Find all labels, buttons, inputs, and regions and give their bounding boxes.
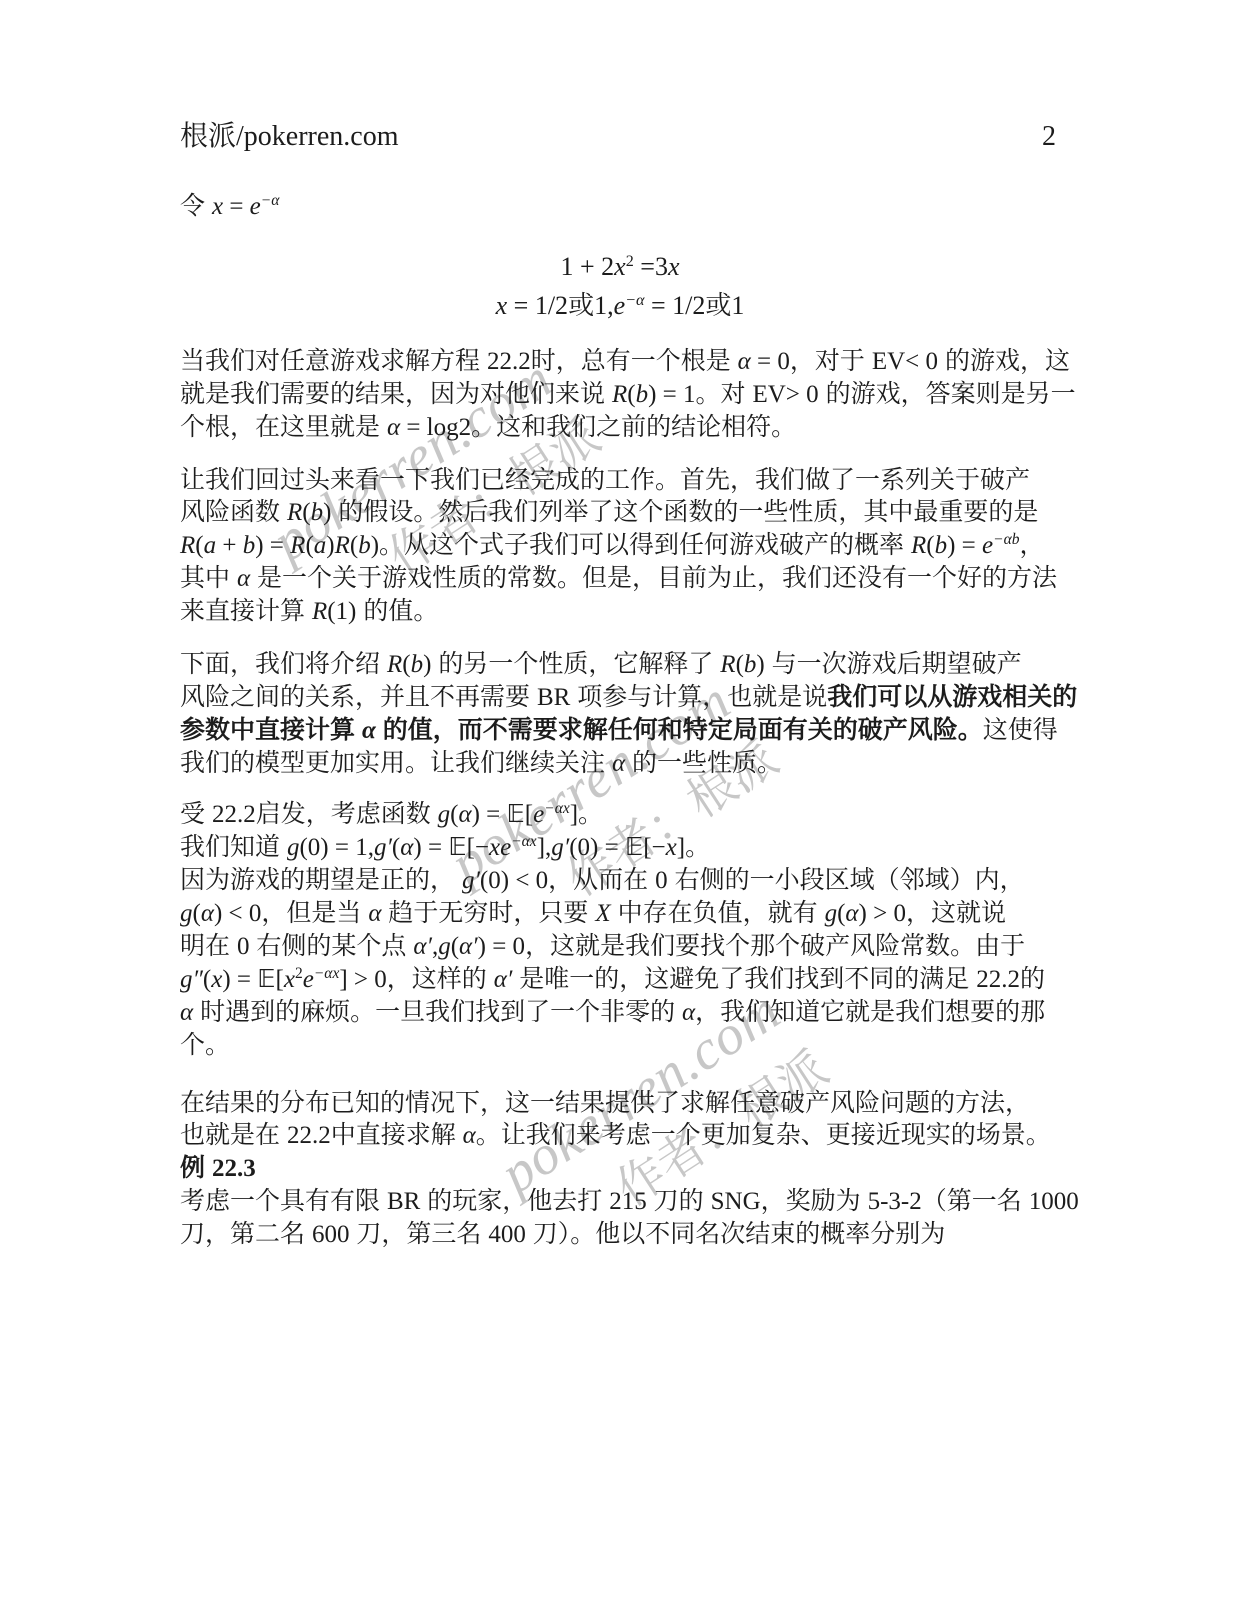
text-segment: b [744,651,757,678]
text-segment: 例 [180,1154,212,1182]
equation-block: 1 + 2x2 =3xx = 1/2或1,e−α = 1/2或1 [180,247,1060,325]
text-segment: g′ [374,834,392,861]
text-segment: α [738,348,751,375]
text-segment: 参数中直接计算 [180,716,362,744]
text-segment: BR [537,684,570,711]
text-segment: 。对 [696,380,753,408]
text-segment: 让我们回过头来看一下我们已经完成的工作。首先，我们做了一系列关于破产 [180,466,1030,494]
equation-line: x = 1/2或1,e−α = 1/2或1 [180,286,1060,325]
text-segment: α [458,801,471,828]
text-segment: −α [625,292,644,309]
text-segment: ，但是当 [261,899,368,927]
page-number: 2 [1042,121,1056,153]
text-segment: + [216,532,243,559]
text-segment: α′ [494,966,513,993]
text-line: 下面，我们将介绍 R(b) 的另一个性质，它解释了 R(b) 与一次游戏后期望破… [180,648,1060,681]
text-segment: ( [350,532,358,559]
text-segment: 明在 [180,932,237,960]
text-segment: ] [570,801,578,828]
text-segment: g [438,933,451,960]
text-segment: EV< 0 [872,348,938,375]
text-segment: ] [677,834,685,861]
text-segment: ( [193,900,201,927]
text-segment: e [303,966,314,993]
text-segment: [ [525,801,533,828]
text-segment: 。让我们来考虑一个更加复杂、更接近现实的场景。 [476,1121,1051,1149]
text-segment: 项参与计算，也就是说 [570,683,827,711]
text-segment: 因为游戏的期望是正的， [180,866,462,894]
text-segment: ( [305,532,313,559]
text-segment: ) = [413,834,448,861]
text-segment: α [201,900,214,927]
text-segment: e [250,193,261,220]
text-segment: x [668,252,680,281]
text-segment: x [666,834,677,861]
text-line: 其中 α 是一个关于游戏性质的常数。但是，目前为止，我们还没有一个好的方法 [180,562,1060,595]
text-segment: 的值。 [356,597,438,625]
text-segment: 1 [731,291,744,320]
text-segment: 右侧的一小段区域（邻域）内， [668,866,1025,894]
text-segment: 400 [488,1221,526,1248]
text-segment: 的游戏，这 [938,347,1070,375]
text-segment: =3 [634,252,668,281]
text-segment: (0) < 0 [480,867,548,894]
text-segment: ) = [947,532,982,559]
text-segment: −αx [314,965,339,982]
page-header: 根派/pokerren.com 2 [180,114,1056,154]
text-segment: 时，总有一个根是 [531,347,738,375]
text-segment: [ [276,966,284,993]
text-segment: e [533,801,544,828]
text-segment: ( [402,651,410,678]
paragraph: 受 22.2启发，考虑函数 g(α) = 𝔼[e−αx]。我们知道 g(0) =… [180,798,1060,1061]
text-segment: −α [261,192,280,209]
body-paragraphs: 当我们对任意游戏求解方程 22.2时，总有一个根是 α = 0，对于 EV< 0… [180,345,1060,1251]
text-segment: 个。 [180,1031,230,1059]
text-segment: 的游戏，答案则是另一 [819,380,1076,408]
text-line: 风险之间的关系，并且不再需要 BR 项参与计算，也就是说我们可以从游戏相关的 [180,681,1060,714]
text-segment: e [982,532,993,559]
text-segment: 0 [237,933,250,960]
text-line: 因为游戏的期望是正的， g′(0) < 0，从而在 0 右侧的一小段区域（邻域）… [180,864,1060,897]
text-segment: 个根，在这里就是 [180,413,387,441]
text-segment: ，从而在 [548,866,655,894]
double-struck-E: 𝔼 [257,964,275,993]
text-segment: R [335,532,350,559]
text-segment: (0) = [569,834,625,861]
text-segment: R [387,651,402,678]
double-struck-E: 𝔼 [448,832,466,861]
text-segment: 当我们对任意游戏求解方程 [180,347,487,375]
text-segment: b [411,651,424,678]
text-segment: x [211,966,222,993]
text-line: g(α) < 0，但是当 α 趋于无穷时，只要 X 中存在负值，就有 g(α) … [180,897,1060,930]
text-segment: 215 [609,1188,647,1215]
text-segment: ，这就说 [906,899,1006,927]
text-line: 当我们对任意游戏求解方程 22.2时，总有一个根是 α = 0，对于 EV< 0… [180,345,1060,378]
text-segment: = 0 [751,348,790,375]
text-segment: α [237,565,250,592]
text-segment: 的假设。然后我们列举了这个函数的一些性质，其中最重要的是 [331,498,1038,526]
text-line: 也就是在 22.2中直接求解 α。让我们来考虑一个更加复杂、更接近现实的场景。 [180,1119,1060,1152]
text-segment: 在结果的分布已知的情况下，这一结果提供了求解任意破产风险问题的方法， [180,1089,1030,1117]
text-segment: 趋于无穷时，只要 [381,899,595,927]
header-site-cjk: 根派 [180,120,236,151]
text-segment: 我们知道 [180,833,287,861]
text-segment: 的另一个性质，它解释了 [431,650,720,678]
text-segment: ，这就是我们要找个那个破产风险常数。由于 [525,932,1025,960]
text-segment: R [312,598,327,625]
text-line: 考虑一个具有有限 BR 的玩家，他去打 215 刀的 SNG，奖励为 5-3-2… [180,1185,1060,1218]
text-segment: ) < 0 [214,900,261,927]
text-segment: 0 [655,867,668,894]
text-segment: g [438,801,451,828]
text-segment: g′ [551,834,569,861]
text-line: 风险函数 R(b) 的假设。然后我们列举了这个函数的一些性质，其中最重要的是 [180,496,1060,529]
text-segment: 中存在负值，就有 [611,899,825,927]
text-segment: ( [195,532,203,559]
text-segment: 其中 [180,564,237,592]
text-segment: X [595,900,610,927]
text-segment: α [612,750,625,777]
text-segment: ) = [255,532,290,559]
text-line: 我们知道 g(0) = 1,g′(α) = 𝔼[−xe−αx],g′(0) = … [180,831,1060,864]
text-segment: x [614,252,626,281]
text-segment: −αb [993,531,1019,548]
text-line: α 时遇到的麻烦。一旦我们找到了一个非零的 α，我们知道它就是我们想要的那 [180,996,1060,1029]
text-segment: α′ [413,933,432,960]
text-line: 就是我们需要的结果，因为对他们来说 R(b) = 1。对 EV> 0 的游戏，答… [180,378,1060,411]
page-content: 令 x = e−α 1 + 2x2 =3xx = 1/2或1,e−α = 1/2… [180,190,1060,1251]
paragraph: 下面，我们将介绍 R(b) 的另一个性质，它解释了 R(b) 与一次游戏后期望破… [180,648,1060,780]
text-segment: 风险之间的关系，并且不再需要 [180,683,537,711]
header-site-latin: /pokerren.com [236,121,399,152]
text-line: 来直接计算 R(1) 的值。 [180,595,1060,628]
intro-line: 令 x = e−α [180,190,1060,223]
text-segment: ( [736,651,744,678]
document-page: pokerren.com作者：根派pokerren.com作者：根派pokerr… [0,0,1236,1600]
text-segment: 刀，第三名 [349,1220,488,1248]
text-segment: 刀，第二名 [180,1220,312,1248]
text-segment: −αx [511,833,536,850]
text-segment: 的一些性质。 [625,749,782,777]
text-segment: α [845,900,858,927]
text-segment: g [825,900,838,927]
text-segment: 22.2 [487,348,531,375]
text-line: R(a + b) = R(a)R(b)。从这个式子我们可以得到任何游戏破产的概率… [180,529,1060,562]
text-segment: 刀）。他以不同名次结束的概率分别为 [526,1220,945,1248]
paragraph: 当我们对任意游戏求解方程 22.2时，总有一个根是 α = 0，对于 EV< 0… [180,345,1060,444]
text-segment: R [290,532,305,559]
text-segment: b [636,381,649,408]
text-segment: 22.2 [212,801,256,828]
text-segment: g′ [462,867,480,894]
text-segment: 这使得 [983,716,1058,744]
text-segment: ) = [222,966,257,993]
text-segment: α [682,999,695,1026]
text-segment: 22.2 [976,966,1020,993]
text-segment: 与一次游戏后期望破产 [765,650,1022,678]
text-segment: ) [756,651,764,678]
text-segment: b [311,499,324,526]
text-segment: 启发，考虑函数 [256,800,438,828]
text-segment: 1 + 2 [561,252,615,281]
text-segment: 。从这个式子我们可以得到任何游戏破产的概率 [379,531,911,559]
text-segment: 风险函数 [180,498,287,526]
text-segment: 1, [594,291,614,320]
text-segment: α [180,999,193,1026]
text-segment: 就是我们需要的结果，因为对他们来说 [180,380,612,408]
text-segment: 2 [295,965,303,982]
text-segment: 考虑一个具有有限 [180,1187,387,1215]
double-struck-E: 𝔼 [625,832,643,861]
paragraph: 在结果的分布已知的情况下，这一结果提供了求解任意破产风险问题的方法，也就是在 2… [180,1087,1060,1251]
text-segment: x [212,193,223,220]
text-segment: 2 [626,253,634,270]
text-segment: α [362,717,376,744]
text-segment: R [287,499,302,526]
text-segment: ( [451,933,459,960]
text-segment: ) [371,532,379,559]
text-segment: a [314,532,327,559]
text-segment: 时遇到的麻烦。一旦我们找到了一个非零的 [193,998,682,1026]
text-segment: EV> 0 [752,381,818,408]
text-line: 在结果的分布已知的情况下，这一结果提供了求解任意破产风险问题的方法， [180,1087,1060,1119]
text-segment: 是唯一的，这避免了我们找到不同的满足 [512,965,976,993]
text-segment: 的 [1020,965,1045,993]
text-segment: ) > 0 [859,900,906,927]
text-segment: α [400,834,413,861]
text-segment: ( [926,532,934,559]
text-segment: R [720,651,735,678]
text-segment: ] > 0 [339,966,386,993]
text-line: 让我们回过头来看一下我们已经完成的工作。首先，我们做了一系列关于破产 [180,464,1060,496]
text-segment: −αx [544,800,569,817]
text-line: 参数中直接计算 α 的值，而不需要求解任何和特定局面有关的破产风险。这使得 [180,714,1060,747]
text-segment: ) = 0 [478,933,525,960]
text-segment: [− [643,834,665,861]
text-segment: (0) = 1, [299,834,374,861]
text-segment: 我们可以从游戏相关的 [827,683,1077,711]
text-segment: R [612,381,627,408]
text-segment: xe [489,834,511,861]
text-segment: R [911,532,926,559]
text-segment: 的值，而不需要求解任何和特定局面有关的破产风险。 [376,716,983,744]
text-segment: = 1/2 [507,291,568,320]
text-segment: 。 [578,800,603,828]
text-segment: 22.3 [212,1155,256,1182]
text-segment: 是一个关于游戏性质的常数。但是，目前为止，我们还没有一个好的方法 [250,564,1057,592]
text-segment: ，我们知道它就是我们想要的那 [695,998,1045,1026]
text-segment: SNG [711,1188,761,1215]
text-segment: b [358,532,371,559]
text-segment: (1) [327,598,356,625]
text-segment: α [387,414,400,441]
text-segment: ，这样的 [387,965,494,993]
text-line: 刀，第二名 600 刀，第三名 400 刀）。他以不同名次结束的概率分别为 [180,1218,1060,1251]
text-segment: g″ [180,966,203,993]
text-line: g″(x) = 𝔼[x2e−αx] > 0，这样的 α′ 是唯一的，这避免了我们… [180,963,1060,996]
text-segment: ) = [472,801,507,828]
text-line: 例 22.3 [180,1152,1060,1185]
text-segment: 受 [180,800,212,828]
double-struck-E: 𝔼 [507,799,525,828]
text-segment: a [204,532,217,559]
text-segment: b [935,532,948,559]
text-segment: α′ [459,933,478,960]
text-segment: α [368,900,381,927]
text-segment: 的玩家，他去打 [420,1187,609,1215]
text-segment: 1000 [1029,1188,1079,1215]
text-segment: 我们的模型更加实用。让我们继续关注 [180,749,612,777]
text-line: 受 22.2启发，考虑函数 g(α) = 𝔼[e−αx]。 [180,798,1060,831]
text-segment: ], [537,834,552,861]
text-segment: x [496,291,508,320]
text-segment: 或 [568,290,594,320]
text-segment: （第一名 [922,1187,1029,1215]
text-segment: 来直接计算 [180,597,312,625]
text-segment: 。这和我们之前的结论相符。 [471,413,796,441]
text-segment: ) = 1 [648,381,695,408]
text-segment: b [243,532,256,559]
text-segment: ) [326,532,334,559]
text-layer: 根派/pokerren.com 2 令 x = e−α 1 + 2x2 =3xx… [0,0,1236,1600]
text-segment: = log2 [400,414,471,441]
text-segment: α [463,1122,476,1149]
text-segment: = 1/2 [644,291,705,320]
text-segment: g [287,834,300,861]
text-segment: 。 [685,833,710,861]
text-segment: = [223,193,250,220]
text-segment: 右侧的某个点 [249,932,413,960]
text-segment: ，奖励为 [761,1187,868,1215]
text-line: 个根，在这里就是 α = log2。这和我们之前的结论相符。 [180,411,1060,444]
equation-line: 1 + 2x2 =3x [180,247,1060,286]
text-segment: ， [1020,531,1045,559]
text-segment: g [180,900,193,927]
text-segment: ，对于 [790,347,872,375]
text-segment: 600 [312,1221,350,1248]
text-segment: 22.2 [287,1122,331,1149]
text-segment: 令 [180,192,212,220]
text-segment: ( [627,381,635,408]
text-segment: ( [302,499,310,526]
text-segment: 5-3-2 [868,1188,922,1215]
text-segment: ( [392,834,400,861]
text-segment: 中直接求解 [331,1121,463,1149]
text-segment: e [614,291,626,320]
text-segment: BR [387,1188,420,1215]
text-segment: 或 [705,290,731,320]
paragraph: 让我们回过头来看一下我们已经完成的工作。首先，我们做了一系列关于破产风险函数 R… [180,464,1060,628]
text-segment: x [284,966,295,993]
text-line: 明在 0 右侧的某个点 α′,g(α′) = 0，这就是我们要找个那个破产风险常… [180,930,1060,963]
header-site: 根派/pokerren.com [180,114,399,154]
text-line: 我们的模型更加实用。让我们继续关注 α 的一些性质。 [180,747,1060,780]
text-segment: R [180,532,195,559]
text-segment: [− [467,834,489,861]
text-segment: ( [203,966,211,993]
text-segment: 下面，我们将介绍 [180,650,387,678]
text-line: 个。 [180,1029,1060,1061]
text-segment: 刀的 [647,1187,711,1215]
text-segment: 也就是在 [180,1121,287,1149]
